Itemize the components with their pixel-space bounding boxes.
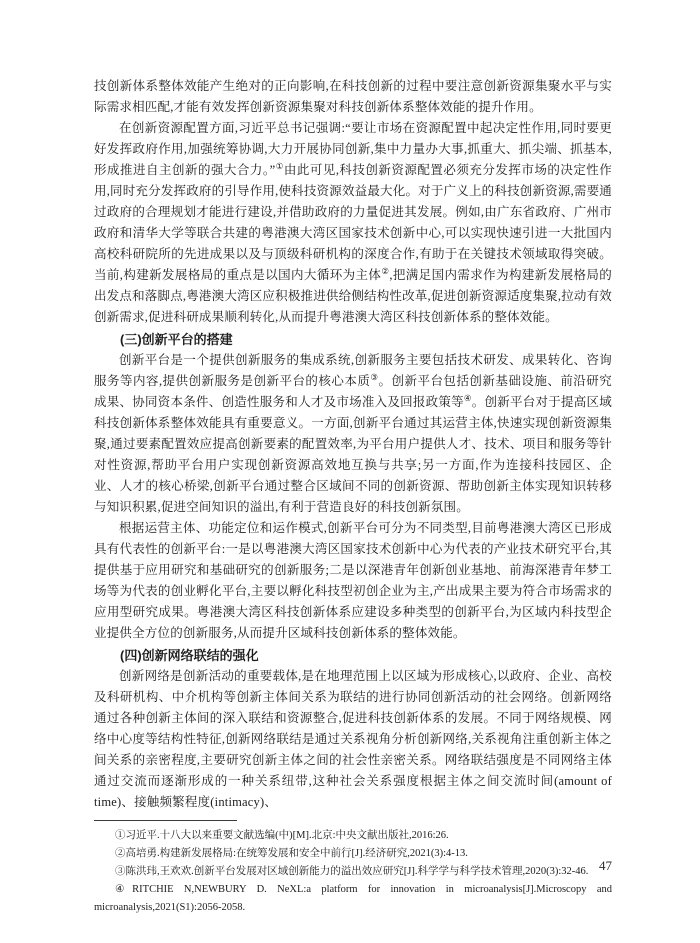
footnote-4: ④RITCHIE N,NEWBURY D. NeXL:a platform fo… xyxy=(94,881,612,917)
paragraph-resource-allocation: 在创新资源配置方面,习近平总书记强调:“要让市场在资源配置中起决定性作用,同时要… xyxy=(94,118,612,328)
section-heading-4-innovation-network: (四)创新网络联结的强化 xyxy=(94,645,612,666)
document-page: 技创新体系整体效能产生绝对的正向影响,在科技创新的过程中要注意创新资源集聚水平与… xyxy=(0,0,700,943)
footnote-1: ①习近平.十八大以来重要文献选编(中)[M].北京:中央文献出版社,2016:2… xyxy=(94,827,612,845)
footnote-divider xyxy=(94,820,237,821)
section-heading-3-innovation-platform: (三)创新平台的搭建 xyxy=(94,329,612,350)
paragraph-platform-definition: 创新平台是一个提供创新服务的集成系统,创新服务主要包括技术研发、成果转化、咨询服… xyxy=(94,350,612,518)
page-number: 47 xyxy=(599,858,612,874)
page-content: 技创新体系整体效能产生绝对的正向影响,在科技创新的过程中要注意创新资源集聚水平与… xyxy=(94,76,612,917)
paragraph-network-links: 创新网络是创新活动的重要载体,是在地理范围上以区域为形成核心,以政府、企业、高校… xyxy=(94,666,612,813)
footnote-3: ③陈洪玮,王欢欢.创新平台发展对区域创新能力的溢出效应研究[J].科学学与科学技… xyxy=(94,863,612,881)
footnote-2: ②高培勇.构建新发展格局:在统筹发展和安全中前行[J].经济研究,2021(3)… xyxy=(94,845,612,863)
paragraph-platform-types: 根据运营主体、功能定位和运作模式,创新平台可分为不同类型,目前粤港澳大湾区已形成… xyxy=(94,518,612,644)
paragraph-continuation: 技创新体系整体效能产生绝对的正向影响,在科技创新的过程中要注意创新资源集聚水平与… xyxy=(94,76,612,118)
